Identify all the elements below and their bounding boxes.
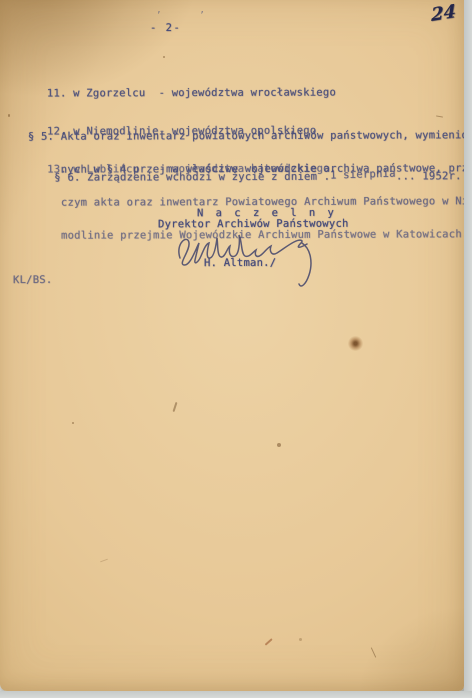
paragraph-6: § 6. Zarządzenie wchodzi w życie z dniem… — [28, 158, 462, 196]
signed-name: H. Altman./ — [204, 257, 276, 269]
paper-speck — [8, 114, 10, 117]
handwritten-folio-number: 24 — [431, 1, 456, 26]
paragraph-6-text: § 6. Zarządzenie wchodzi w życie z dniem… — [54, 171, 330, 184]
paper-speck — [72, 422, 74, 424]
document-page: ’ ’ - 2- 24 11. w Zgorzelcu - województw… — [0, 0, 464, 691]
paragraph-5-line: § 5. Akta oraz inwentarz powiatowych arc… — [28, 130, 472, 143]
typist-initials: KL/BS. — [13, 274, 52, 286]
page-number: - 2- — [150, 22, 181, 34]
paper-fiber — [371, 647, 377, 657]
signature-title-director: Dyrektor Archiwów Państwowych — [158, 218, 349, 231]
paragraph-6-text-after: ... 1952r. — [396, 170, 462, 182]
paper-speck — [163, 56, 165, 58]
list-item: 11. w Zgorzelcu - województwa wrocławski… — [47, 87, 336, 101]
paper-speck — [299, 638, 302, 641]
paper-fiber — [265, 638, 273, 645]
paper-fiber — [100, 559, 108, 563]
paper-fiber — [173, 402, 178, 412]
inserted-date: 1 sierpnia — [330, 167, 396, 181]
ink-stain — [348, 336, 363, 351]
paper-speck — [277, 443, 281, 447]
scanner-margin-right — [464, 0, 472, 698]
scanner-margin-bottom — [0, 691, 472, 698]
stray-ink-marks: ’ ’ — [156, 11, 214, 21]
